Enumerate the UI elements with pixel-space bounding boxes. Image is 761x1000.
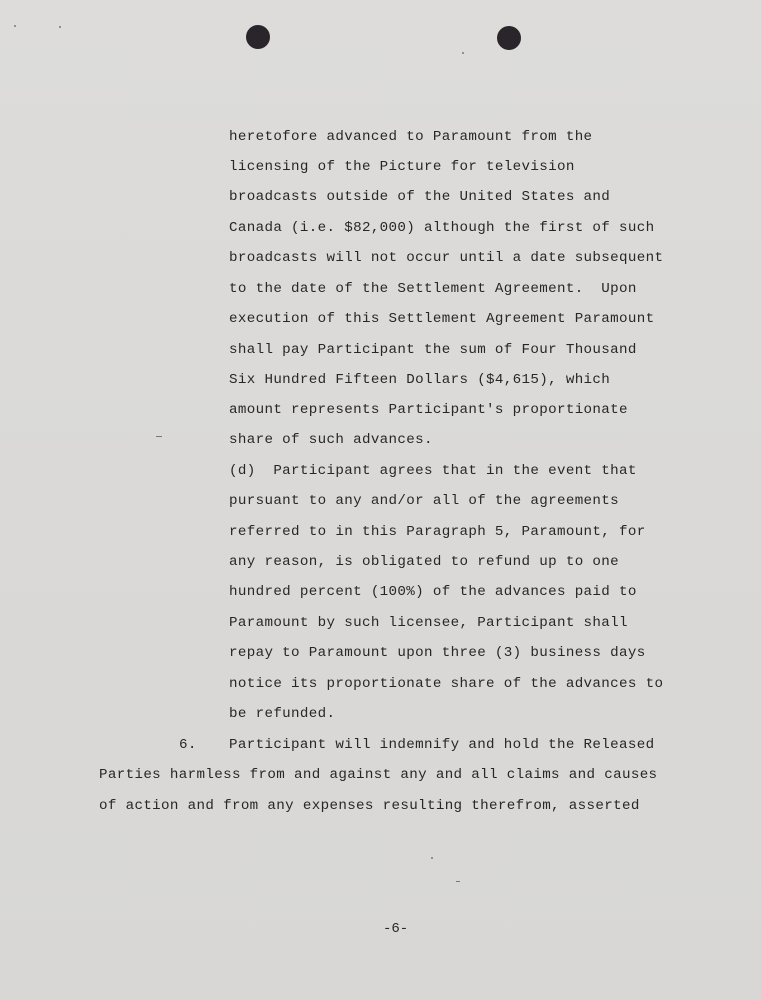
text-line: Participant will indemnify and hold the …: [229, 736, 654, 754]
page-number: -6-: [383, 921, 408, 937]
paper-speck: [456, 881, 460, 882]
paper-speck: [156, 436, 162, 437]
text-line: Six Hundred Fifteen Dollars ($4,615), wh…: [229, 371, 610, 389]
document-page: heretofore advanced to Paramount from th…: [0, 0, 761, 1000]
text-line: be refunded.: [229, 705, 335, 723]
subparagraph-d-heading-line: (d) Participant agrees that in the event…: [229, 462, 637, 480]
text-line: notice its proportionate share of the ad…: [229, 675, 663, 693]
paper-speck: [14, 25, 16, 27]
text-line: Canada (i.e. $82,000) although the first…: [229, 219, 654, 237]
paragraph-number: 6.: [179, 736, 197, 754]
text-line: share of such advances.: [229, 431, 433, 449]
text-line: pursuant to any and/or all of the agreem…: [229, 492, 619, 510]
text-line: referred to in this Paragraph 5, Paramou…: [229, 523, 646, 541]
paper-speck: [59, 26, 61, 28]
text-line: hundred percent (100%) of the advances p…: [229, 583, 637, 601]
paper-speck: [462, 52, 464, 54]
text-line: of action and from any expenses resultin…: [99, 797, 640, 815]
text-line: Paramount by such licensee, Participant …: [229, 614, 628, 632]
text-line: repay to Paramount upon three (3) busine…: [229, 644, 646, 662]
text-line: broadcasts outside of the United States …: [229, 188, 610, 206]
text-line: any reason, is obligated to refund up to…: [229, 553, 619, 571]
text-line: heretofore advanced to Paramount from th…: [229, 128, 592, 146]
text-line: to the date of the Settlement Agreement.…: [229, 280, 637, 298]
text-line: licensing of the Picture for television: [229, 158, 575, 176]
text-line: execution of this Settlement Agreement P…: [229, 310, 654, 328]
paper-speck: [431, 857, 433, 859]
punch-hole-left: [246, 25, 270, 49]
text-line: amount represents Participant's proporti…: [229, 401, 628, 419]
text-line: Parties harmless from and against any an…: [99, 766, 657, 784]
text-line: shall pay Participant the sum of Four Th…: [229, 341, 637, 359]
punch-hole-right: [497, 26, 521, 50]
text-line: broadcasts will not occur until a date s…: [229, 249, 663, 267]
